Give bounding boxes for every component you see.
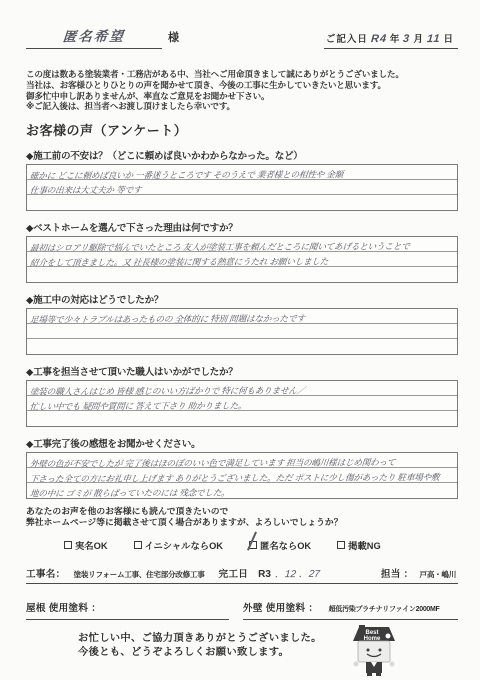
staff-value: 戸高・嶋川	[420, 569, 456, 580]
closing-line: お忙しい中、ご協力頂きありがとうございました。	[78, 632, 322, 646]
project-name-label: 工事名：	[26, 566, 66, 580]
consent-line: あなたのお声を他のお客様にも読んで頂きたいので	[26, 506, 458, 517]
roof-paint-label: 屋根 使用塗料 ：	[26, 603, 101, 614]
answer-line	[27, 195, 457, 210]
name-honorific: 様	[168, 32, 179, 44]
customer-name-line: 匿名希望	[26, 25, 162, 49]
question-label: ◆ベストホームを選んで下さった理由は何ですか？	[26, 220, 458, 234]
fill-date-month: 3	[403, 33, 411, 45]
question-label: ◆施工中の対応はどうでしたか？	[26, 292, 458, 306]
question-block-after-completion: ◆工事完了後の感想をお聞かせください。 外壁の色が不安でしたが 完了後はほのぼの…	[26, 436, 458, 499]
answer-line	[27, 267, 457, 282]
question-label: ◆施工前の不安は？（どこに頼めば良いかわからなかった。など）	[26, 148, 458, 162]
fill-date-day: 11	[427, 33, 441, 45]
question-block-craftsmen: ◆工事を担当させて頂いた職人はいかがでしたか？ 塗装の職人さんはじめ 皆様 感じ…	[26, 364, 458, 427]
question-block-pre-construction: ◆施工前の不安は？（どこに頼めば良いかわからなかった。など） 確かに どこに頼め…	[26, 148, 458, 211]
answer-line: 足場等で少々トラブルはあったものの 全体的に 特別 問題はなかったです	[27, 309, 457, 324]
checkbox-initials	[134, 541, 142, 549]
option-label: 掲載NG	[348, 538, 381, 552]
answer-box: 足場等で少々トラブルはあったものの 全体的に 特別 問題はなかったです	[26, 308, 458, 355]
answer-line: 地の中に ゴミが 散らばっていたのには 残念でした。	[27, 483, 457, 498]
closing-section: お忙しい中、ご協力頂きありがとうございました。 今後とも、どうぞよろしくお願い致…	[26, 632, 458, 680]
customer-name-block: 匿名希望様	[26, 25, 179, 49]
wall-paint-value: 超低汚染プラチナリファイン2000MF	[329, 606, 440, 613]
option-label: イニシャルならOK	[145, 538, 223, 552]
question-label: ◆工事を担当させて頂いた職人はいかがでしたか？	[26, 364, 458, 378]
scanned-survey-page: 匿名希望様 ご記入日R4年3月11日 この度は数ある塗装業者・工務店がある中、当…	[0, 0, 480, 680]
checkbox-anonymous	[249, 541, 257, 549]
option-initials-ok: イニシャルならOK	[134, 538, 223, 552]
best-home-mascot-logo: Best Home	[350, 624, 398, 680]
consent-options-row: 実名OK イニシャルならOK 匿名ならOK 掲載NG	[64, 538, 458, 552]
intro-paragraph: この度は数ある塗装業者・工務店がある中、当社へご用命頂きまして誠にありがとうござ…	[26, 69, 458, 112]
intro-line: この度は数ある塗装業者・工務店がある中、当社へご用命頂きまして誠にありがとうござ…	[26, 69, 458, 80]
answer-line: 塗装の職人さんはじめ 皆様 感じのいい方ばかりで 特に何もありません／	[27, 381, 457, 396]
option-label: 匿名ならOK	[260, 538, 311, 552]
wall-paint-label: 外壁 使用塗料 ：	[243, 603, 318, 614]
answer-line: 確かに どこに頼めば良いか 一番迷うところです そのうえで 業者様との相性や 金…	[27, 165, 457, 180]
project-name-value: 塗装リフォーム工事、住宅部分改修工事	[74, 569, 205, 580]
staff-block: 担当 ： 戸高・嶋川	[381, 566, 458, 580]
survey-title: お客様の声（アンケート）	[26, 120, 458, 139]
answer-box: 外壁の色が不安でしたが 完了後はほのぼのいい色で満足しています 担当の嶋川様はじ…	[26, 452, 458, 499]
completion-date-label: 完工日	[218, 566, 248, 580]
answer-line	[27, 339, 457, 354]
mascot-foot-left	[367, 673, 372, 676]
intro-line: 当社は、お客様ひとりひとりの声を聞かせて頂き、今後の工事に生かしていきたいと思い…	[26, 80, 458, 91]
closing-message: お忙しい中、ご協力頂きありがとうございました。 今後とも、どうぞよろしくお願い致…	[78, 632, 322, 680]
mascot-hand-left	[354, 662, 359, 667]
month-label: 月	[414, 34, 425, 45]
answer-box: 最初はシロアリ駆除で悩んでいたところ 友人が塗装工事を頼んだところに聞いてあげる…	[26, 236, 458, 283]
completion-era: R3	[258, 569, 271, 580]
year-label: 年	[390, 34, 401, 45]
intro-line: ※ご記入後は、担当者へお渡し頂けましたら幸いです。	[26, 101, 458, 112]
answer-line: 下さった全ての方にお礼申し上げます ありがとうございました。ただ ポストに少し傷…	[27, 468, 457, 483]
option-no-publication: 掲載NG	[337, 538, 381, 552]
mascot-eye-right	[379, 649, 382, 652]
paint-info-row: 屋根 使用塗料 ： 外壁 使用塗料 ： 超低汚染プラチナリファイン2000MF	[26, 598, 458, 620]
wall-paint-field: 外壁 使用塗料 ： 超低汚染プラチナリファイン2000MF	[243, 598, 458, 620]
answer-line: 仕事の出来は大丈夫か 等です	[27, 180, 457, 195]
closing-line: 今後とも、どうぞよろしくお願い致します。	[78, 646, 322, 660]
answer-line: 最初はシロアリ駆除で悩んでいたところ 友人が塗装工事を頼んだところに聞いてあげる…	[27, 237, 457, 252]
mascot-roof-dot	[386, 634, 391, 639]
day-label: 日	[443, 34, 454, 45]
intro-line: 御多忙中申し訳ありませんが、率直なご意見をお聞かせ下さい。	[26, 91, 458, 102]
mascot-face	[358, 641, 390, 662]
question-block-during-construction: ◆施工中の対応はどうでしたか？ 足場等で少々トラブルはあったものの 全体的に 特…	[26, 292, 458, 355]
customer-name: 匿名希望	[62, 25, 126, 46]
project-info-row: 工事名： 塗装リフォーム工事、住宅部分改修工事 完工日 R3 ．12 ．27 担…	[26, 565, 458, 584]
mascot-hand-right	[390, 662, 395, 667]
option-real-name-ok: 実名OK	[64, 538, 108, 552]
checkbox-real-name	[64, 541, 72, 549]
roof-paint-field: 屋根 使用塗料 ：	[26, 598, 229, 620]
fill-date-era: R4	[370, 33, 387, 45]
header: 匿名希望様 ご記入日R4年3月11日	[26, 25, 458, 49]
mascot-eye-left	[367, 649, 370, 652]
fill-date-label: ご記入日	[326, 34, 368, 45]
answer-box: 塗装の職人さんはじめ 皆様 感じのいい方ばかりで 特に何もありません／ 忙しい中…	[26, 380, 458, 427]
question-label: ◆工事完了後の感想をお聞かせください。	[26, 436, 458, 450]
answer-line	[27, 411, 457, 426]
mascot-foot-right	[376, 673, 381, 676]
question-block-why-chosen: ◆ベストホームを選んで下さった理由は何ですか？ 最初はシロアリ駆除で悩んでいたと…	[26, 220, 458, 283]
answer-line: 紹介をして頂きました。又 社長様の塗装に関する熱意にうたれ お願いしました	[27, 252, 457, 267]
answer-line: 外壁の色が不安でしたが 完了後はほのぼのいい色で満足しています 担当の嶋川様はじ…	[27, 453, 457, 468]
option-label: 実名OK	[75, 538, 108, 552]
completion-date-handwritten: ．12 ．27	[274, 565, 320, 580]
answer-line: 忙しい中でも 疑問や質問に 答えて下さり 助かりました。	[27, 396, 457, 411]
fill-date: ご記入日R4年3月11日	[324, 31, 458, 49]
option-anonymous-ok: 匿名ならOK	[249, 538, 311, 552]
answer-box: 確かに どこに頼めば良いか 一番迷うところです そのうえで 業者様との相性や 金…	[26, 164, 458, 211]
checkbox-no-publication	[337, 541, 345, 549]
staff-label: 担当 ：	[381, 566, 414, 580]
answer-line	[27, 324, 457, 339]
publication-consent-text: あなたのお声を他のお客様にも読んで頂きたいので 弊社ホームページ等に掲載させて頂…	[26, 506, 458, 528]
consent-line: 弊社ホームページ等に掲載させて頂く場合がありますが、よろしいでしょうか？	[26, 517, 458, 528]
